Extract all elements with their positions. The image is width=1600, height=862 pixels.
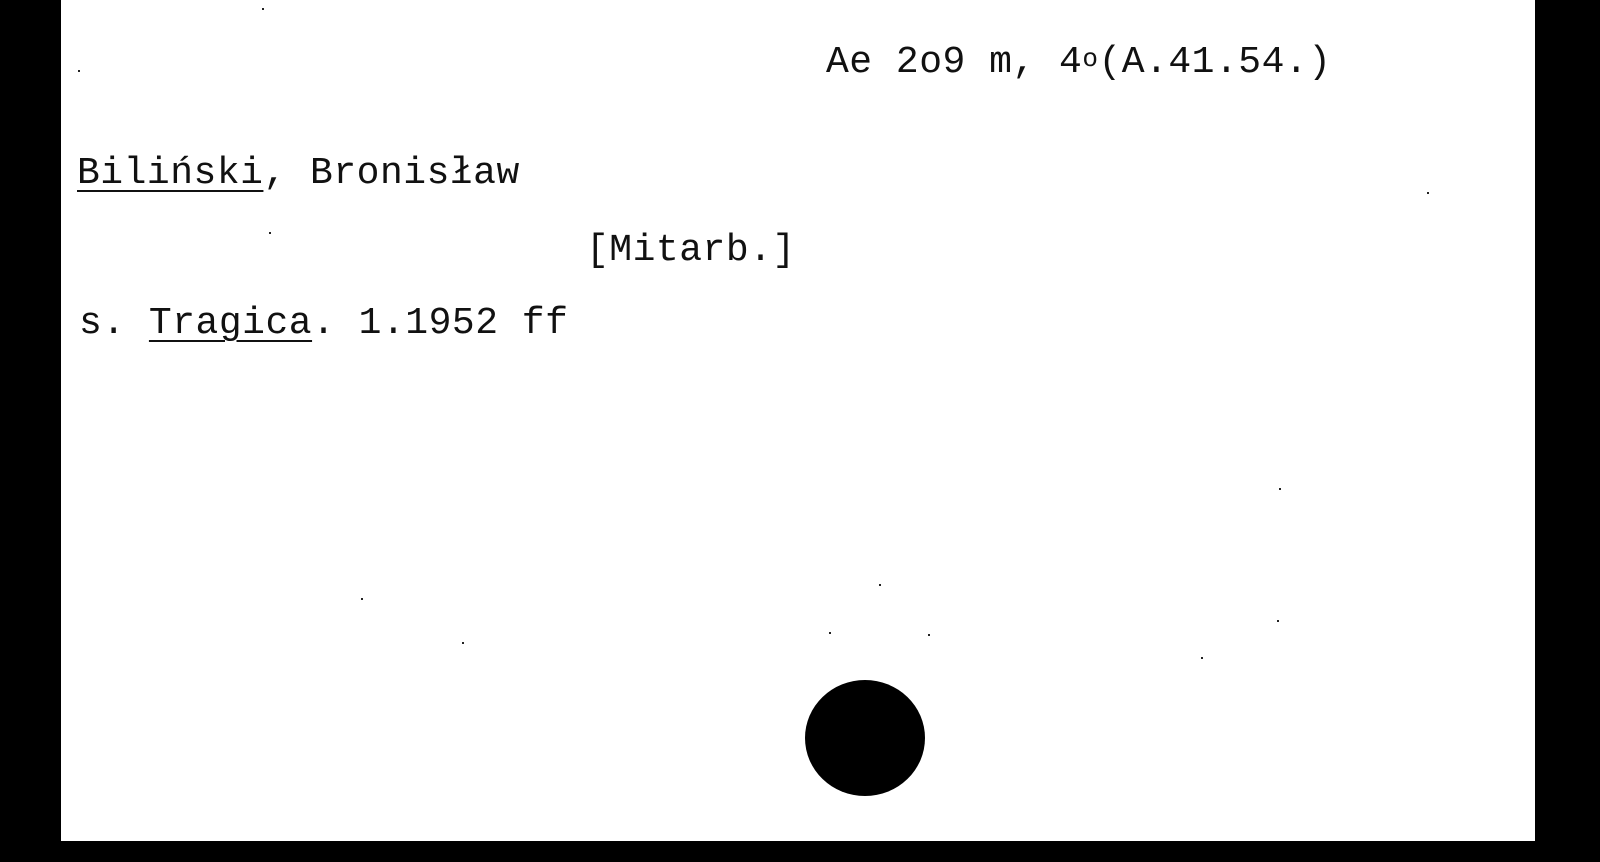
author-role: [Mitarb.] [586,232,796,270]
ink-speck [78,70,80,72]
ink-speck [462,642,464,644]
punch-hole [805,680,925,796]
reference-details: . 1.1952 ff [312,302,568,345]
ink-speck [269,232,271,234]
ink-speck [879,584,881,586]
ink-speck [829,632,831,634]
author-heading: Biliński, Bronisław [77,155,520,193]
author-surname: Biliński [77,152,263,195]
ink-speck [1277,620,1279,622]
ink-speck [361,598,363,600]
shelfmark-suffix: (A.41.54.) [1098,41,1331,84]
format-superscript: o [1082,44,1098,74]
ink-speck [928,634,930,636]
catalog-card: Ae 2o9 m, 4o(A.41.54.) Biliński, Bronisł… [61,0,1535,841]
ink-speck [1427,192,1429,194]
see-reference: s. Tragica. 1.1952 ff [79,305,568,343]
heading-separator: , [263,152,310,195]
shelfmark: Ae 2o9 m, 4o(A.41.54.) [826,44,1332,82]
ink-speck [1279,488,1281,490]
ink-speck [262,8,264,10]
shelfmark-prefix: Ae 2o9 m, 4 [826,41,1082,84]
reference-title: Tragica [149,302,312,345]
ink-speck [1201,657,1203,659]
author-given-name: Bronisław [310,152,520,195]
see-prefix: s. [79,302,149,345]
